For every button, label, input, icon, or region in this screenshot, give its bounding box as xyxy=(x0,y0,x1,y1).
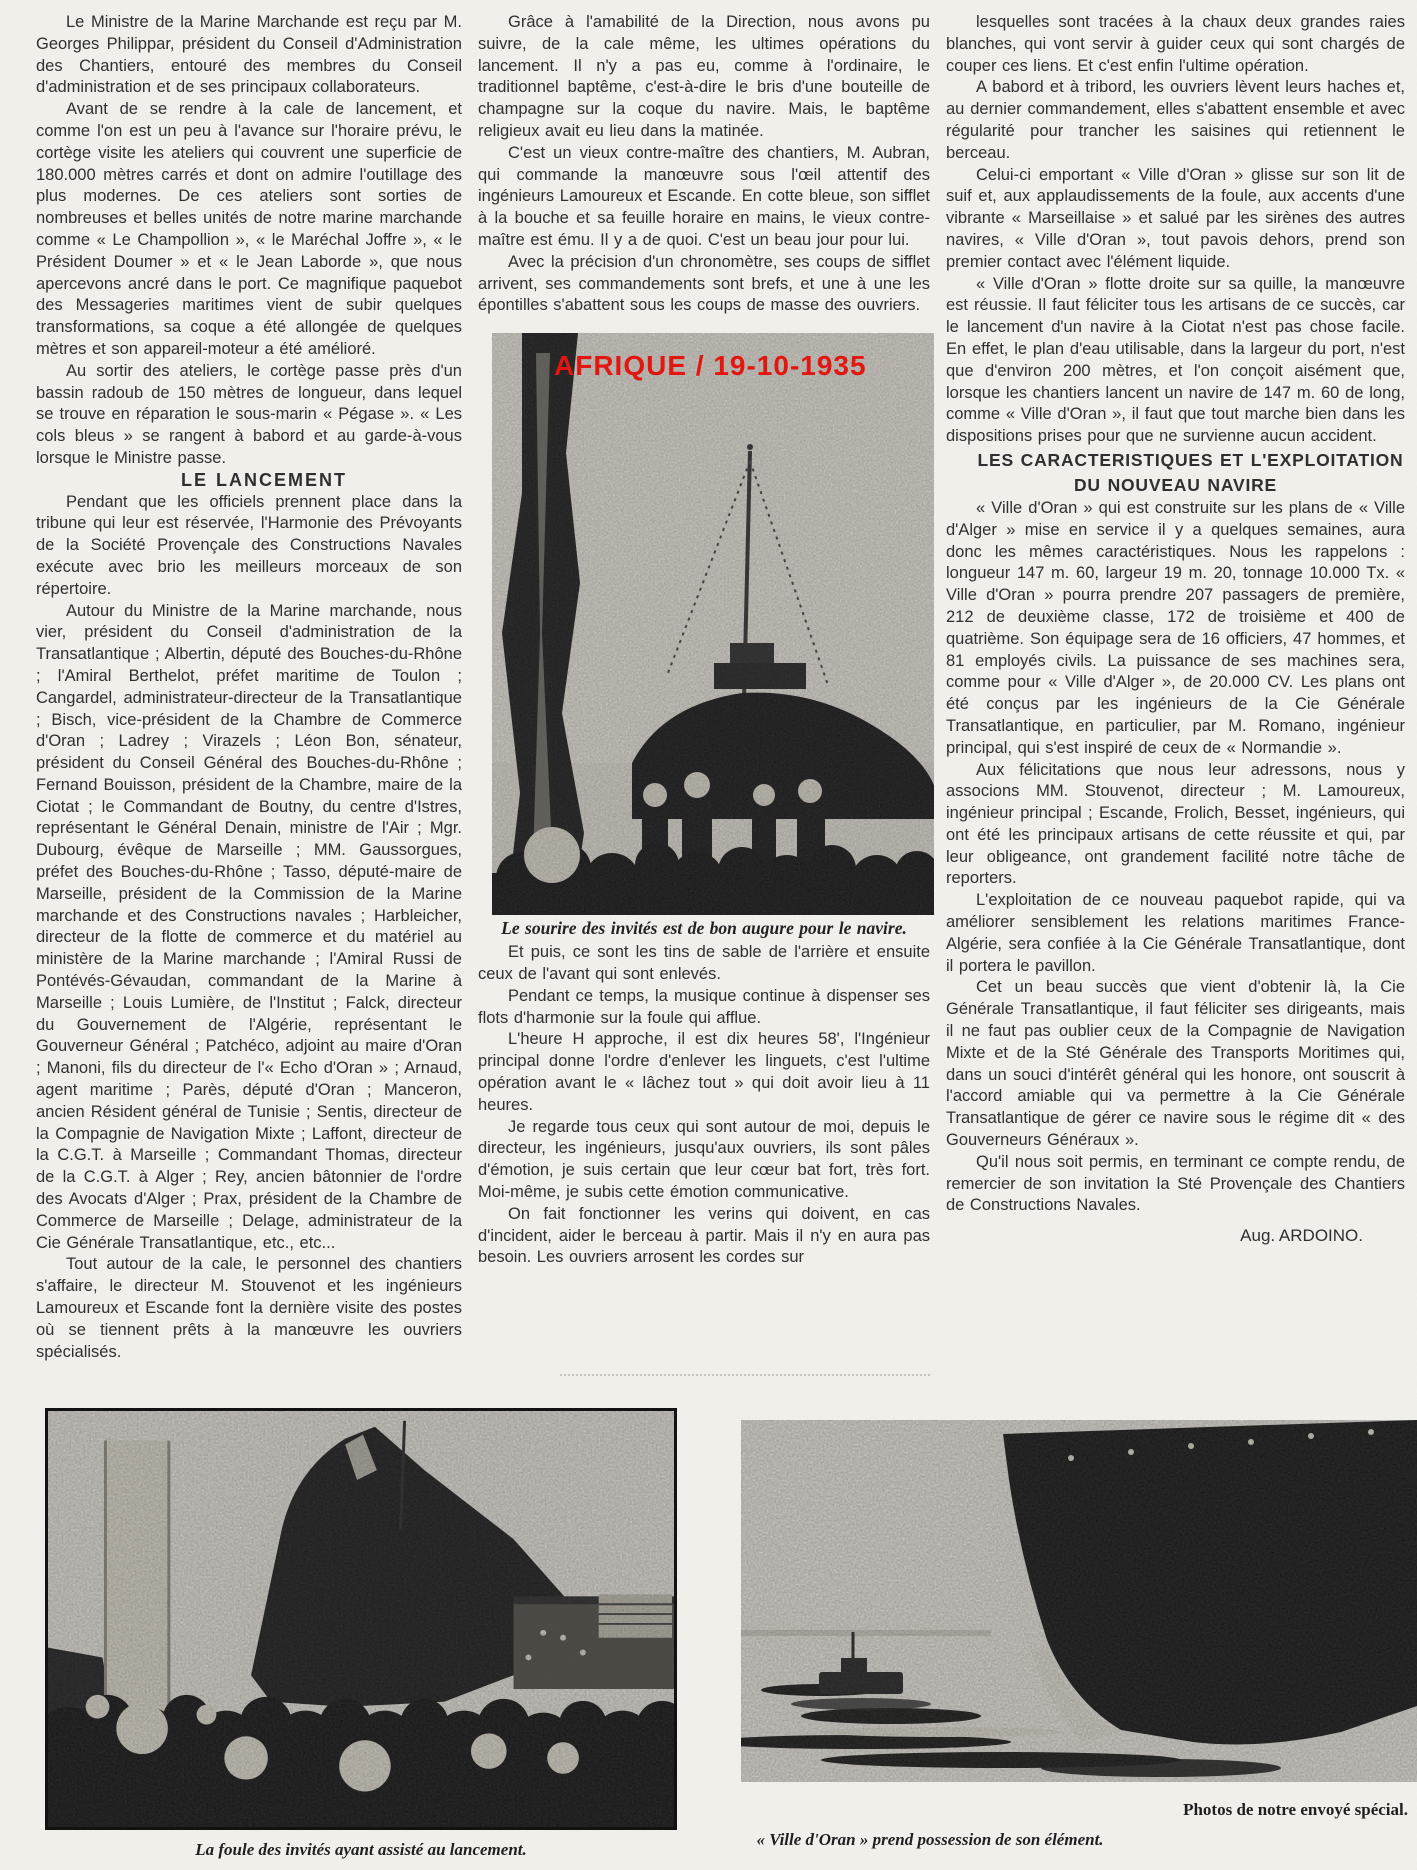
photo-ship-bow xyxy=(741,1420,1417,1782)
paragraph: Pendant que les officiels prennent place… xyxy=(36,492,462,601)
column-3: lesquelles sont tracées à la chaux deux … xyxy=(946,12,1405,1247)
print-artifact-dot-line xyxy=(560,1374,930,1376)
ship-bow-illustration xyxy=(741,1420,1417,1782)
paragraph: Avant de se rendre à la cale de lancemen… xyxy=(36,99,462,361)
paragraph: On fait fonctionner les verins qui doive… xyxy=(478,1204,930,1269)
paragraph: « Ville d'Oran » flotte droite sur sa qu… xyxy=(946,274,1405,448)
paragraph: A babord et à tribord, les ouvriers lève… xyxy=(946,77,1405,164)
paragraph: C'est un vieux contre-maître des chantie… xyxy=(478,143,930,252)
paragraph: Grâce à l'amabilité de la Direction, nou… xyxy=(478,12,930,143)
photo-launch-guests: AFRIQUE / 19-10-1935 xyxy=(492,333,934,915)
newspaper-page: Le Ministre de la Marine Marchande est r… xyxy=(0,0,1417,1870)
paragraph: Cet un beau succès que vient d'obtenir l… xyxy=(946,977,1405,1151)
photo-credit: Photos de notre envoyé spécial. xyxy=(930,1800,1412,1820)
photo-caption-right: « Ville d'Oran » prend possession de son… xyxy=(640,1830,1220,1850)
paragraph: L'exploitation de ce nouveau paquebot ra… xyxy=(946,890,1405,977)
photo-caption-left: La foule des invités ayant assisté au la… xyxy=(45,1840,677,1860)
column-1: Le Ministre de la Marine Marchande est r… xyxy=(36,12,462,1363)
date-stamp: AFRIQUE / 19-10-1935 xyxy=(554,355,867,377)
paragraph: Autour du Ministre de la Marine marchand… xyxy=(36,601,462,1255)
paragraph: Et puis, ce sont les tins de sable de l'… xyxy=(478,942,930,986)
paragraph: Celui-ci emportant « Ville d'Oran » glis… xyxy=(946,165,1405,274)
photo-caption: Le sourire des invités est de bon augure… xyxy=(478,915,930,942)
launch-guests-illustration xyxy=(492,333,934,915)
paragraph: Qu'il nous soit permis, en terminant ce … xyxy=(946,1152,1405,1217)
section-heading-caracteristiques: LES CARACTERISTIQUES ET L'EXPLOITATION D… xyxy=(946,448,1405,498)
paragraph: Le Ministre de la Marine Marchande est r… xyxy=(36,12,462,99)
paragraph: Avec la précision d'un chronomètre, ses … xyxy=(478,252,930,317)
paragraph: lesquelles sont tracées à la chaux deux … xyxy=(946,12,1405,77)
paragraph: Tout autour de la cale, le personnel des… xyxy=(36,1254,462,1363)
paragraph: Au sortir des ateliers, le cortège passe… xyxy=(36,361,462,470)
column-2: Grâce à l'amabilité de la Direction, nou… xyxy=(478,12,930,1269)
paragraph: Je regarde tous ceux qui sont autour de … xyxy=(478,1117,930,1204)
paragraph: Aux félicitations que nous leur adresson… xyxy=(946,760,1405,891)
photo-crowd-launch xyxy=(45,1408,677,1830)
paragraph: L'heure H approche, il est dix heures 58… xyxy=(478,1029,930,1116)
paragraph: « Ville d'Oran » qui est construite sur … xyxy=(946,498,1405,760)
section-heading-le-lancement: LE LANCEMENT xyxy=(36,470,462,492)
crowd-launch-illustration xyxy=(48,1411,674,1827)
author-signature: Aug. ARDOINO. xyxy=(946,1225,1405,1247)
paragraph: Pendant ce temps, la musique continue à … xyxy=(478,986,930,1030)
